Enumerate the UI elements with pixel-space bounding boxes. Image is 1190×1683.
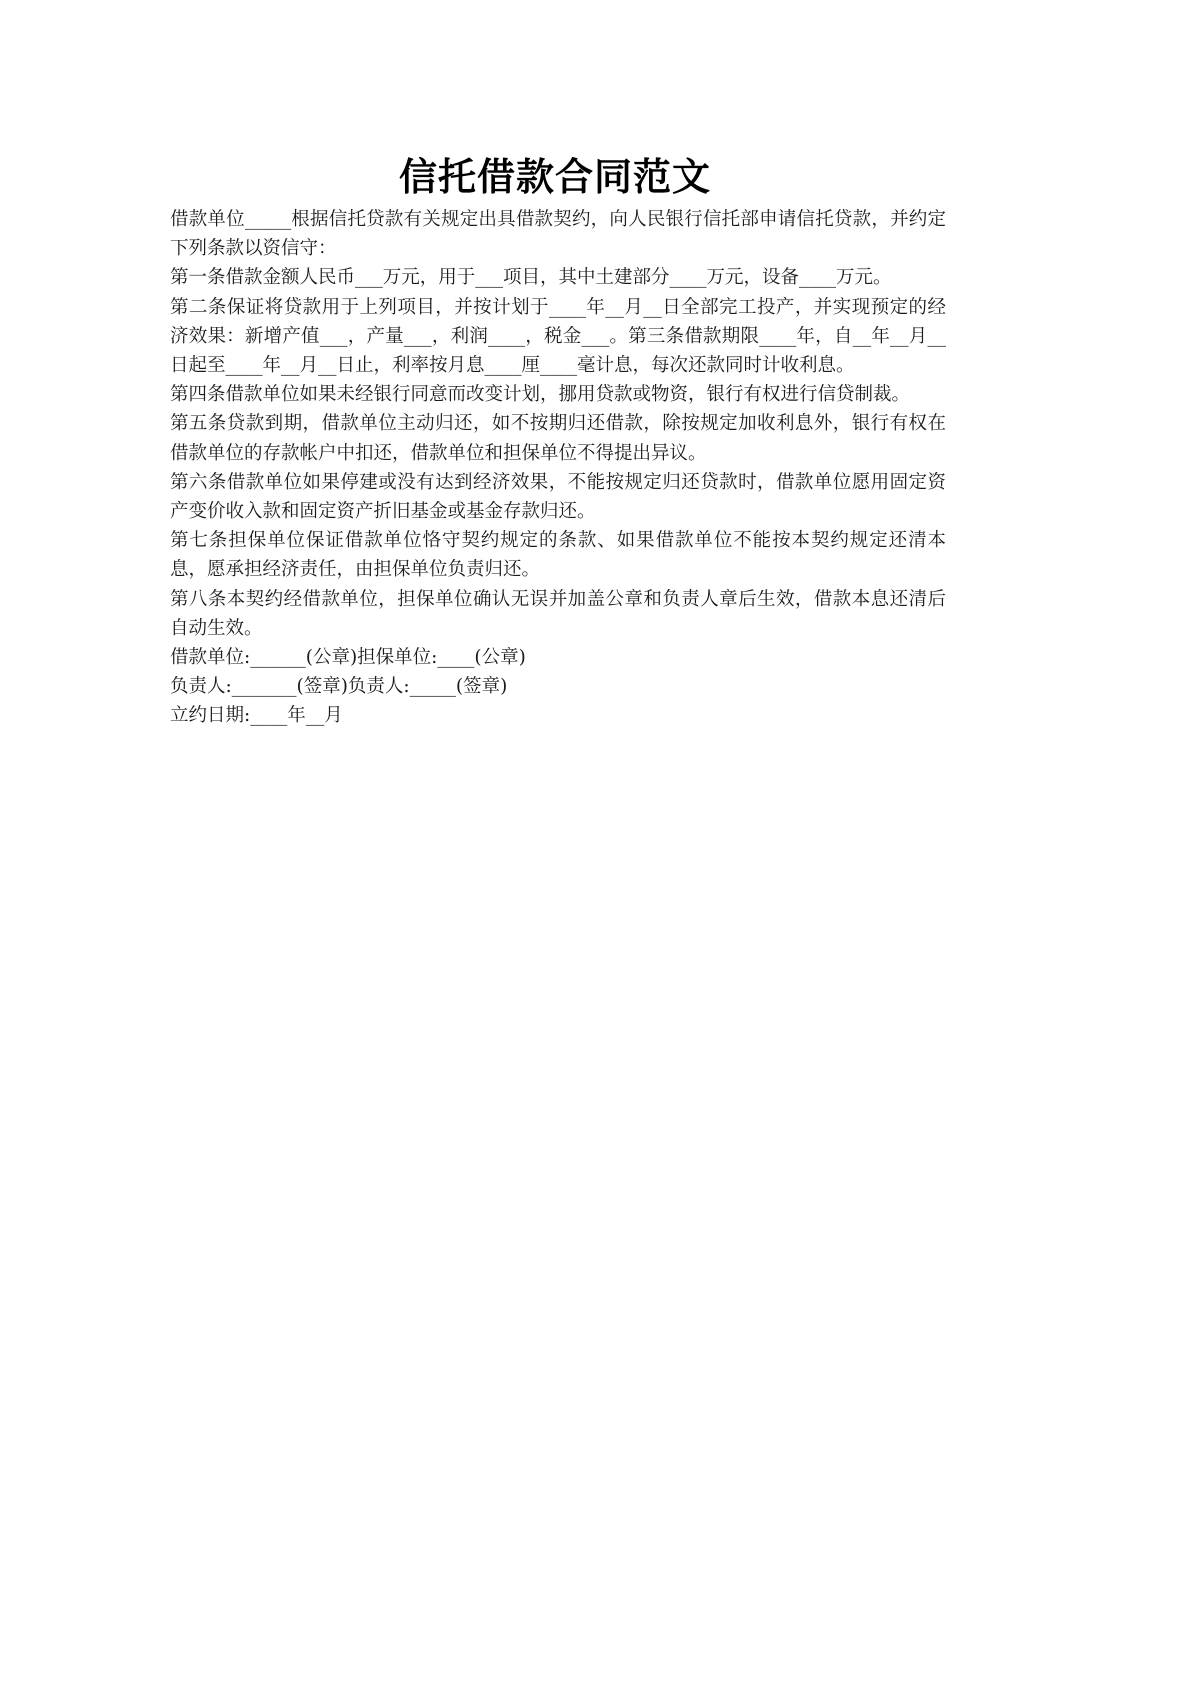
preamble-paragraph: 借款单位_____根据信托贷款有关规定出具借款契约，向人民银行信托部申请信托贷款… <box>170 205 946 263</box>
signature-units-line: 借款单位:______(公章)担保单位:____(公章) <box>170 643 946 672</box>
article-4-paragraph: 第四条借款单位如果未经银行同意而改变计划，挪用贷款或物资，银行有权进行信贷制裁。 <box>170 380 946 409</box>
document-body: 借款单位_____根据信托贷款有关规定出具借款契约，向人民银行信托部申请信托贷款… <box>170 205 946 731</box>
article-5-paragraph: 第五条贷款到期，借款单位主动归还，如不按期归还借款，除按规定加收利息外，银行有权… <box>170 409 946 467</box>
signature-persons-line: 负责人:_______(签章)负责人:_____(签章) <box>170 672 946 701</box>
article-6-paragraph: 第六条借款单位如果停建或没有达到经济效果，不能按规定归还贷款时，借款单位愿用固定… <box>170 468 946 526</box>
article-7-paragraph: 第七条担保单位保证借款单位恪守契约规定的条款、如果借款单位不能按本契约规定还清本… <box>170 526 946 584</box>
document-page: 信托借款合同范文 借款单位_____根据信托贷款有关规定出具借款契约，向人民银行… <box>0 0 1190 1683</box>
article-2-3-paragraph: 第二条保证将贷款用于上列项目，并按计划于____年__月__日全部完工投产，并实… <box>170 293 946 381</box>
document-title: 信托借款合同范文 <box>0 152 1110 202</box>
article-8-paragraph: 第八条本契约经借款单位，担保单位确认无误并加盖公章和负责人章后生效，借款本息还清… <box>170 585 946 643</box>
contract-date-line: 立约日期:____年__月 <box>170 701 946 730</box>
article-1-paragraph: 第一条借款金额人民币___万元，用于___项目，其中土建部分____万元，设备_… <box>170 263 946 292</box>
